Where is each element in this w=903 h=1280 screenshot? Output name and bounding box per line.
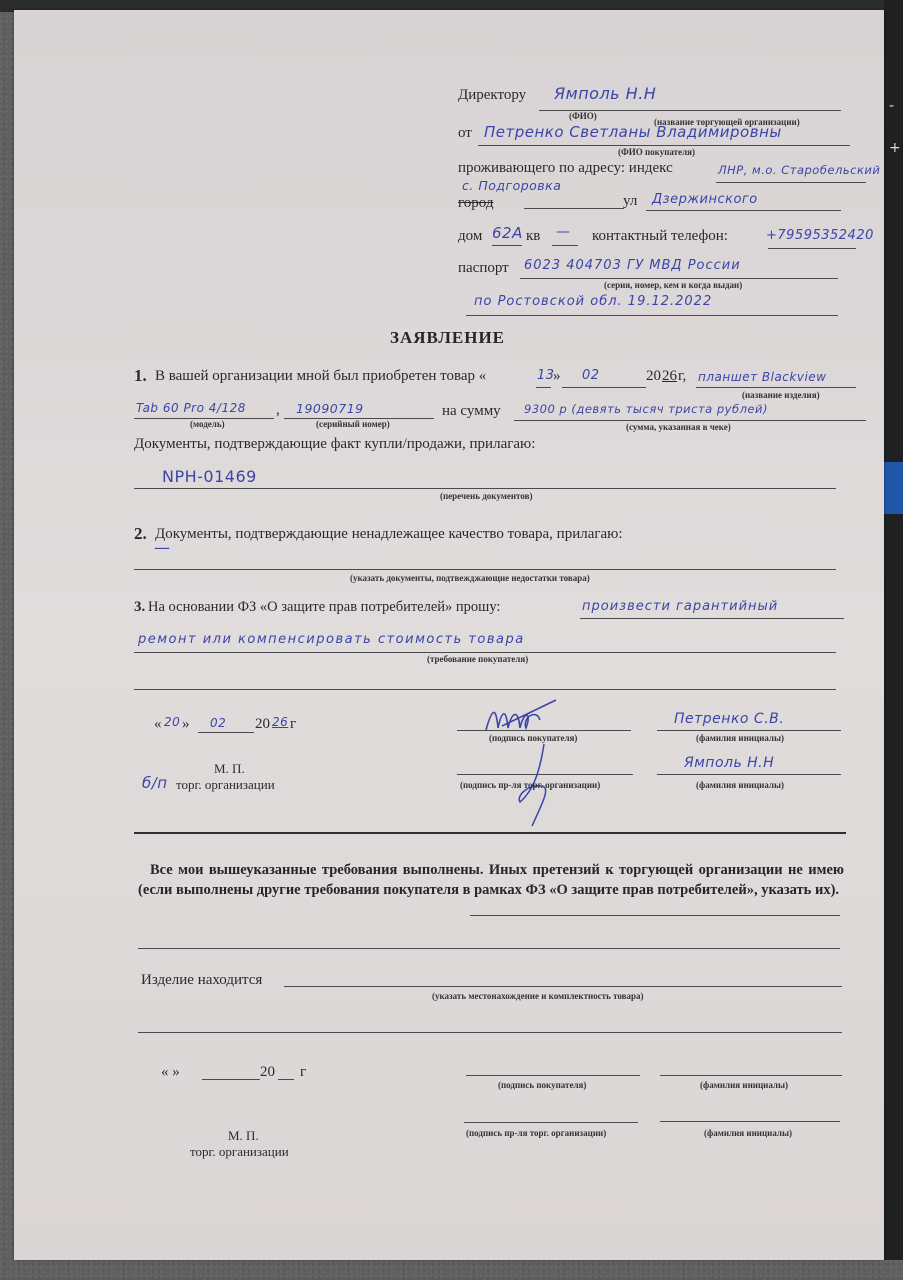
complaint-form-paper: Директору Ямполь Н.Н (ФИО) (название тор… (14, 10, 884, 1260)
seller-name-line (657, 774, 841, 775)
passport-value-2: по Ростовской обл. 19.12.2022 (474, 294, 712, 309)
stamp-label: М. П. (214, 761, 245, 777)
seller-name-caption: (фамилия инициалы) (696, 780, 784, 790)
section1-text: В вашей организации мной был приобретен … (155, 368, 486, 385)
sign-date-month: 02 (210, 716, 226, 730)
sign-date-open: « (154, 716, 162, 733)
sum-value: 9300 р (девять тысяч триста рублей) (524, 402, 768, 416)
background-monitor: - + (884, 0, 903, 1260)
demand-caption: (требование покупателя) (427, 654, 528, 664)
demand-line-3 (134, 689, 836, 690)
closing-paragraph: Все мои вышеуказанные требования выполне… (138, 860, 844, 900)
closing-date-suffix: г (300, 1064, 306, 1081)
item-location-caption: (указать местонахождение и комплектность… (432, 991, 644, 1001)
phone-label: контактный телефон: (592, 228, 728, 245)
plus-icon: + (889, 140, 901, 156)
buyer-name-line (657, 730, 841, 731)
demand-line-1 (580, 618, 844, 619)
purchase-day: 13 (537, 368, 555, 383)
demand-value-1: произвести гарантийный (582, 599, 778, 614)
product-line (696, 387, 856, 388)
year-prefix: 20 (646, 368, 661, 385)
section2-line (134, 569, 836, 570)
from-line (478, 145, 850, 146)
closing-seller-name-caption: (фамилия инициалы) (704, 1128, 792, 1138)
street-line (646, 210, 841, 211)
street-label: ул (623, 193, 637, 210)
day-line (536, 387, 551, 388)
passport-line-2 (466, 315, 838, 316)
phone-value: +79595352420 (766, 228, 874, 243)
purchase-year: 26 (662, 368, 677, 385)
apt-label: кв (526, 228, 540, 245)
closing-buyer-sign-line (466, 1075, 640, 1076)
sign-year-prefix: 20 (255, 716, 270, 733)
sum-caption: (сумма, указанная в чеке) (626, 422, 731, 432)
from-value: Петренко Светланы Владимировны (484, 123, 782, 141)
passport-caption: (серия, номер, кем и когда выдан) (604, 280, 742, 290)
director-label: Директору (458, 87, 526, 104)
closing-year-prefix: 20 (260, 1064, 275, 1081)
closing-line-2 (138, 948, 840, 949)
stamp-note: б/п (142, 774, 168, 792)
sign-date-year: 26 (272, 715, 288, 729)
docs-caption: (перечень документов) (440, 491, 532, 501)
closing-seller-name-line (660, 1121, 840, 1122)
serial-value: 19090719 (296, 401, 364, 416)
section2-value: — (154, 538, 171, 557)
year-suffix: г, (678, 368, 686, 385)
section1-number: 1. (134, 366, 147, 386)
house-value: 62А (492, 224, 523, 242)
product-value: планшет Blackview (698, 370, 826, 384)
section2-caption: (указать документы, подтвежджающие недос… (350, 573, 590, 583)
demand-value-2: ремонт или компенсировать стоимость това… (138, 632, 525, 647)
docs-label: Документы, подтверждающие факт купли/про… (134, 436, 535, 453)
house-label: дом (458, 228, 482, 245)
closing-month-line (202, 1079, 260, 1080)
sign-month-line (198, 732, 254, 733)
closing-date-quotes: « » (161, 1064, 180, 1081)
model-value: Tab 60 Pro 4/128 (136, 401, 246, 415)
demand-line-2 (134, 652, 836, 653)
closing-seller-sign-caption: (подпись пр-ля торг. организации) (466, 1128, 606, 1138)
buyer-fio-caption: (ФИО покупателя) (618, 147, 695, 157)
item-location-label: Изделие находится (141, 972, 262, 989)
docs-value: NPH-01469 (162, 467, 257, 486)
sign-date-close: » (182, 716, 190, 733)
section2-text: Документы, подтверждающие ненадлежащее к… (155, 526, 623, 543)
city-label: город (458, 195, 493, 212)
street-value: Дзержинского (652, 192, 758, 207)
section-divider (134, 832, 846, 834)
month-line (562, 387, 646, 388)
house-line (492, 245, 522, 246)
fio-caption: (ФИО) (569, 111, 597, 121)
phone-line (768, 248, 856, 249)
passport-label: паспорт (458, 260, 509, 277)
apt-value: — (556, 224, 571, 240)
sign-date-suffix: г (290, 716, 296, 733)
address-value: ЛНР, м.о. Старобельский (718, 163, 880, 177)
serial-caption: (серийный номер) (316, 419, 390, 429)
from-label: от (458, 125, 472, 142)
purchase-month: 02 (582, 368, 600, 383)
closing-stamp-label: М. П. (228, 1128, 259, 1144)
closing-buyer-name-line (660, 1075, 842, 1076)
model-caption: (модель) (190, 419, 225, 429)
address-value-2: с. Подгоровка (462, 178, 561, 193)
address-label: проживающего по адресу: индекс (458, 160, 673, 177)
docs-line (134, 488, 836, 489)
item-location-line-2 (138, 1032, 842, 1033)
product-caption: (название изделия) (742, 390, 820, 400)
quote-close: » (553, 368, 561, 385)
buyer-name-value: Петренко С.В. (674, 711, 784, 727)
sum-line (514, 420, 866, 421)
item-location-line (284, 986, 842, 987)
closing-seller-sign-line (464, 1122, 638, 1123)
address-line (716, 182, 866, 183)
section2-number: 2. (134, 524, 147, 544)
seller-name-value: Ямполь Н.Н (684, 755, 774, 771)
city-line (524, 208, 624, 209)
passport-line (520, 278, 838, 279)
closing-buyer-name-caption: (фамилия инициалы) (700, 1080, 788, 1090)
section3-number: 3. (134, 599, 145, 616)
passport-value: 6023 404703 ГУ МВД России (524, 258, 741, 273)
closing-stamp-org-label: торг. организации (190, 1144, 289, 1160)
buyer-signature (482, 698, 562, 738)
apt-line (552, 245, 578, 246)
sum-label: на сумму (442, 403, 501, 420)
sign-date-day: 20 (164, 715, 180, 729)
seller-sign-caption: (подпись пр-ля торг. организации) (460, 780, 600, 790)
director-value: Ямполь Н.Н (554, 84, 656, 103)
closing-year-line (278, 1079, 294, 1080)
monitor-badge (884, 462, 903, 514)
buyer-name-caption: (фамилия инициалы) (696, 733, 784, 743)
stamp-org-label: торг. организации (176, 777, 275, 793)
closing-other-line (470, 915, 840, 916)
minus-icon: - (889, 98, 894, 114)
document-title: ЗАЯВЛЕНИЕ (390, 328, 505, 348)
model-comma: , (276, 402, 280, 419)
closing-buyer-sign-caption: (подпись покупателя) (498, 1080, 586, 1090)
section3-text: На основании ФЗ «О защите прав потребите… (148, 599, 500, 616)
